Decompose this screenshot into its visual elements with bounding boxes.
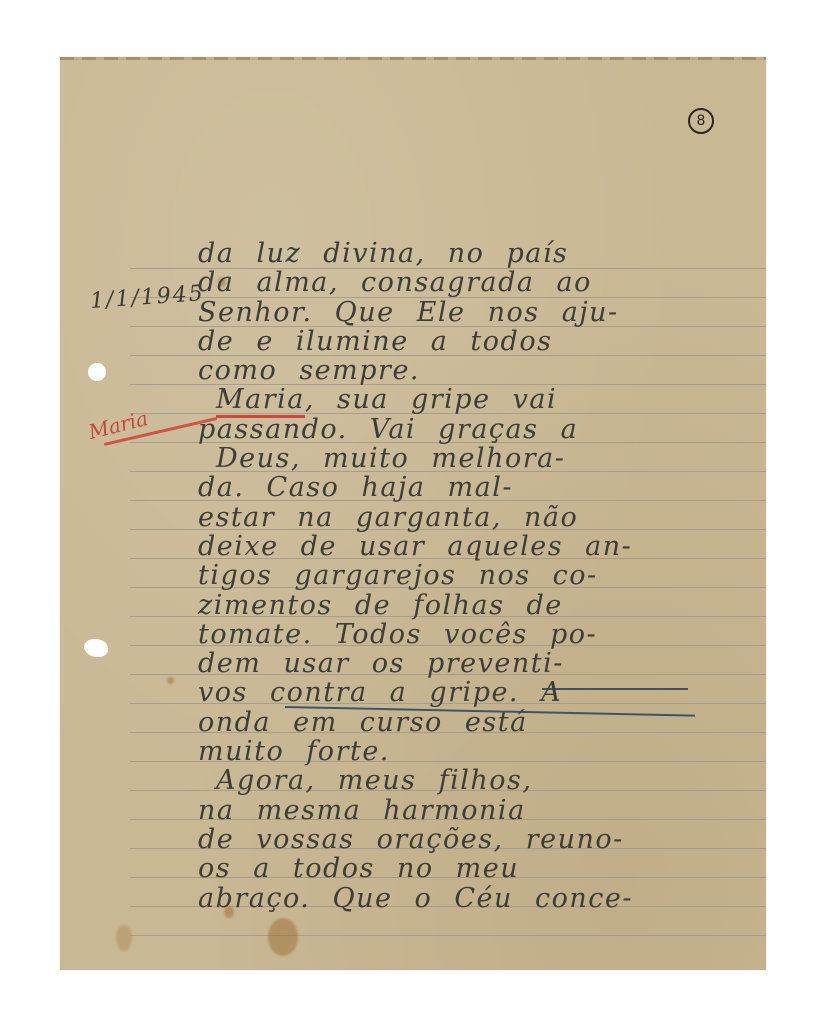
torn-top-edge <box>60 57 766 60</box>
stain <box>268 918 298 956</box>
page-number: 8 <box>688 108 714 134</box>
text-line: de vossas orações, reuno- <box>198 825 758 854</box>
text-line: onda em curso está <box>198 708 758 737</box>
text-line: muito forte. <box>198 737 758 766</box>
text-line: estar na garganta, não <box>198 503 758 532</box>
punch-hole <box>84 639 108 657</box>
text-line: os a todos no meu <box>198 854 758 883</box>
text-line: passando. Vai graças a <box>198 415 758 444</box>
punch-hole <box>88 363 106 381</box>
text-line: Maria, sua gripe vai <box>198 385 758 414</box>
text-line: da luz divina, no país <box>198 239 758 268</box>
text-line: Deus, muito melhora- <box>198 444 758 473</box>
stain <box>167 677 174 684</box>
text-line: da alma, consagrada ao <box>198 268 758 297</box>
handwritten-body: da luz divina, no país da alma, consagra… <box>198 239 758 913</box>
text-line: abraço. Que o Céu conce- <box>198 884 758 913</box>
text-line: de e ilumine a todos <box>198 327 758 356</box>
margin-note: Maria <box>86 406 150 444</box>
text-line-rest: , sua gripe vai <box>305 384 557 415</box>
text-line: tigos gargarejos nos co- <box>198 561 758 590</box>
text-line: vos contra a gripe. A <box>198 678 758 707</box>
text-line: Agora, meus filhos, <box>198 766 758 795</box>
text-line: dem usar os preventi- <box>198 649 758 678</box>
text-line: zimentos de folhas de <box>198 591 758 620</box>
text-line: na mesma harmonia <box>198 796 758 825</box>
ruled-line <box>130 935 766 936</box>
text-line: como sempre. <box>198 356 758 385</box>
date-annotation: 1/1/1945 <box>89 281 205 314</box>
text-line: deixe de usar aqueles an- <box>198 532 758 561</box>
text-line: tomate. Todos vocês po- <box>198 620 758 649</box>
text-line: Senhor. Que Ele nos aju- <box>198 298 758 327</box>
letter-page: 8 1/1/1945 Maria da luz divina, no país … <box>60 57 766 970</box>
text-line: da. Caso haja mal- <box>198 473 758 502</box>
stain <box>116 925 132 951</box>
